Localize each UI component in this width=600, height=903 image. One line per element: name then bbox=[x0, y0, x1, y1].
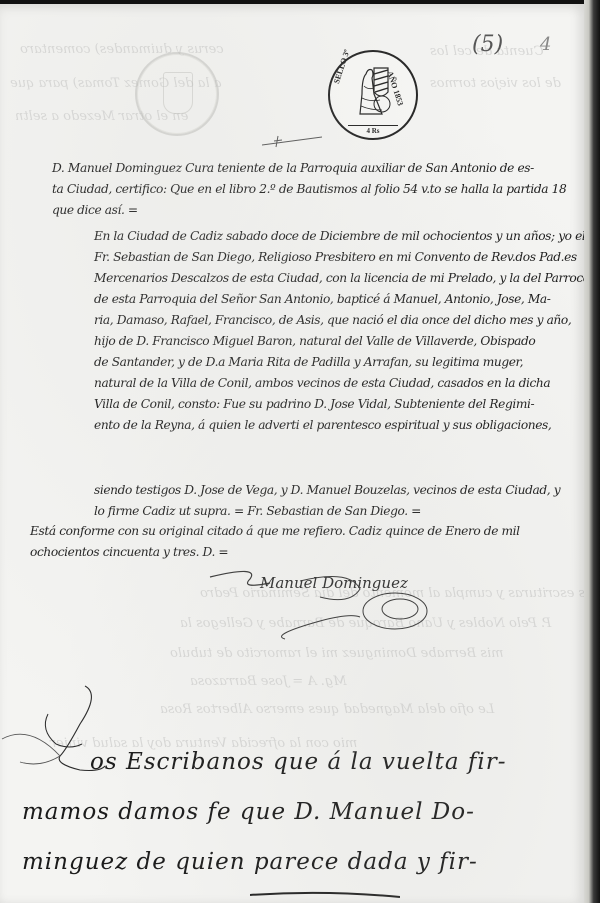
folio-number: (5) bbox=[472, 32, 503, 57]
bleed-through-text: mis Bernabe Dominguez mi el ramorcito de… bbox=[170, 646, 503, 661]
underline-flourish-icon bbox=[250, 891, 400, 899]
entry-line: Villa de Conil, consto: Fue su padrino D… bbox=[94, 394, 534, 414]
entry-line: Mercenarios Descalzos de esta Ciudad, co… bbox=[94, 268, 584, 288]
signature: Manuel Dominguez bbox=[260, 574, 408, 592]
notarial-line: os Escribanos que á la vuelta fir- bbox=[90, 749, 507, 775]
bleed-through-text: Mg. A = Jose Barrazosa bbox=[190, 674, 347, 689]
stamp-label-left: SELLO 3º bbox=[332, 48, 351, 84]
certification-line: que dice así. = bbox=[52, 200, 138, 220]
entry-line: En la Ciudad de Cadiz sabado doce de Dic… bbox=[94, 226, 584, 246]
attestation-line: ochocientos cincuenta y tres. D. = bbox=[30, 542, 228, 562]
attestation-line: Está conforme con su original citado á q… bbox=[30, 521, 520, 541]
entry-line: ento de la Reyna, á quien le adverti el … bbox=[94, 415, 551, 435]
entry-line: lo firme Cadiz ut supra. = Fr. Sebastian… bbox=[94, 501, 421, 521]
manuscript-page: cerus y duimandes) comentaro a la del Go… bbox=[0, 4, 584, 903]
bleed-through-text: Le ofio dela Magnedad ques emerso Albert… bbox=[160, 702, 494, 717]
page-edge-binding bbox=[584, 0, 600, 903]
stamp-value: 4 Rs bbox=[348, 125, 398, 135]
entry-line: de Santander, y de D.a Maria Rita de Pad… bbox=[94, 352, 523, 372]
entry-line: Fr. Sebastian de San Diego, Religioso Pr… bbox=[94, 247, 577, 267]
entry-line: ria, Damaso, Rafael, Francisco, de Asis,… bbox=[94, 310, 571, 330]
folio-number-alt: 4 bbox=[540, 34, 551, 55]
certification-line: D. Manuel Dominguez Cura teniente de la … bbox=[52, 158, 534, 178]
entry-line: siendo testigos D. Jose de Vega, y D. Ma… bbox=[94, 480, 560, 500]
notarial-line: minguez de quien parece dada y fir- bbox=[22, 849, 478, 875]
crest-icon bbox=[163, 72, 193, 114]
revenue-stamp: SELLO 3º AÑO 1853 4 Rs bbox=[328, 50, 418, 140]
entry-line: natural de la Villa de Conil, ambos veci… bbox=[94, 373, 550, 393]
notarial-line: mamos damos fe que D. Manuel Do- bbox=[22, 799, 475, 825]
embossed-seal bbox=[135, 52, 219, 136]
certification-line: ta Ciudad, certifico: Que en el libro 2.… bbox=[52, 179, 566, 199]
entry-line: hijo de D. Francisco Miguel Baron, natur… bbox=[94, 331, 535, 351]
cross-mark-icon bbox=[262, 134, 322, 148]
bleed-through-text: de los viejos tormos bbox=[430, 76, 561, 91]
entry-line: de esta Parroquia del Señor San Antonio,… bbox=[94, 289, 551, 309]
